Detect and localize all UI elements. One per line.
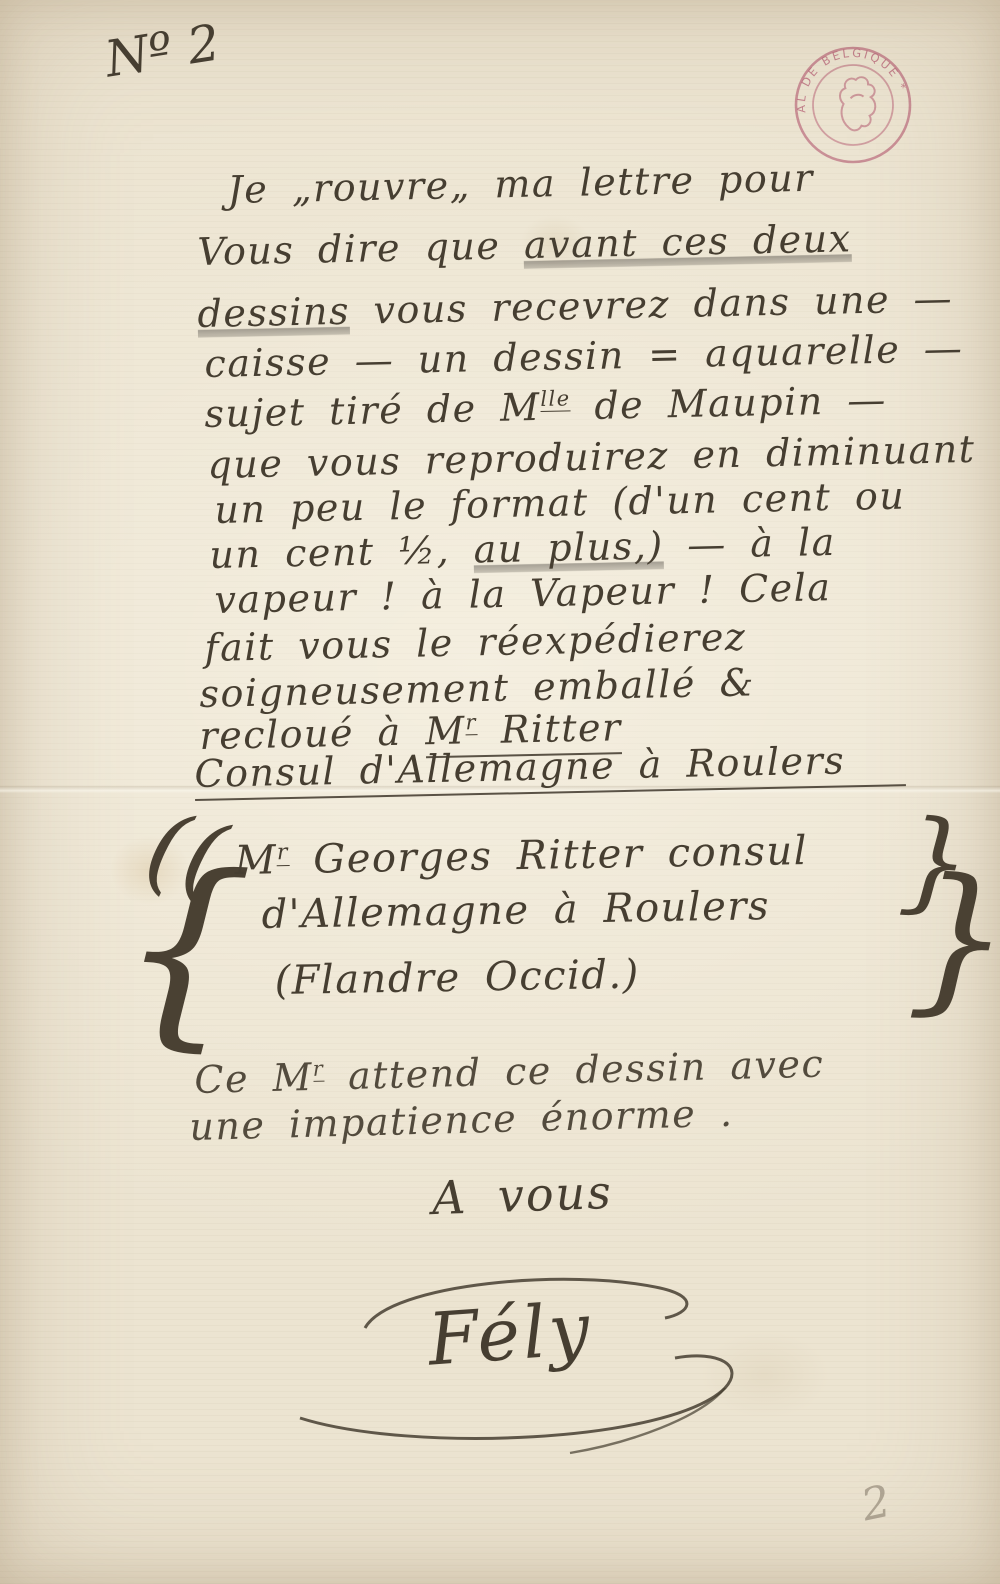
lion-rampant-icon: [835, 74, 882, 132]
line-text: d'Allemagne à Roulers: [261, 883, 770, 938]
line-text: — à la: [663, 520, 836, 568]
letter-line-2: Vous dire que avant ces deux: [197, 216, 852, 274]
underlined-text: avant ces deux: [523, 216, 852, 271]
page-number-annotation: Nº 2: [101, 13, 224, 88]
letter-line-5: sujet tiré de Mlle de Maupin —: [204, 378, 887, 436]
line-text: sujet tiré de M: [204, 385, 541, 436]
address-line-1: Mr Georges Ritter consul: [234, 828, 808, 884]
superscript: r: [312, 1057, 324, 1082]
line-text: Je „rouvre„ ma lettre pour: [227, 156, 814, 212]
letter-line-3: dessins vous recevrez dans une —: [197, 276, 953, 336]
signature: Fély: [425, 1286, 595, 1381]
superscript: lle: [540, 387, 571, 413]
letter-line-1: Je „rouvre„ ma lettre pour: [227, 156, 814, 212]
line-text: de Maupin —: [570, 378, 887, 429]
pencil-annotation: 2: [857, 1476, 895, 1532]
line-text: vous recevrez dans une —: [349, 276, 953, 333]
underlined-text: au plus,): [473, 523, 664, 575]
line-text: Georges Ritter consul: [289, 828, 809, 883]
underlined-text: dessins: [197, 289, 350, 340]
line-text: (Flandre Occid.): [274, 952, 640, 1004]
right-brace-large-mark: }: [905, 856, 1000, 1019]
address-line-3: (Flandre Occid.): [274, 952, 640, 1004]
letter-page: Nº 2 AL DE BELGIQUE * Je „rouvre„ ma let…: [0, 0, 1000, 1584]
line-text: M: [234, 837, 277, 884]
line-text: Vous dire que: [197, 223, 524, 274]
superscript: r: [277, 840, 289, 866]
address-line-2: d'Allemagne à Roulers: [261, 883, 770, 938]
line-text: attend ce dessin avec: [324, 1042, 825, 1099]
stamp-arc-text: AL DE BELGIQUE *: [783, 35, 910, 116]
line-text: Ce M: [194, 1055, 314, 1102]
valediction: A vous: [431, 1165, 614, 1225]
line-text: un cent ½,: [209, 527, 474, 577]
superscript: r: [465, 711, 477, 736]
